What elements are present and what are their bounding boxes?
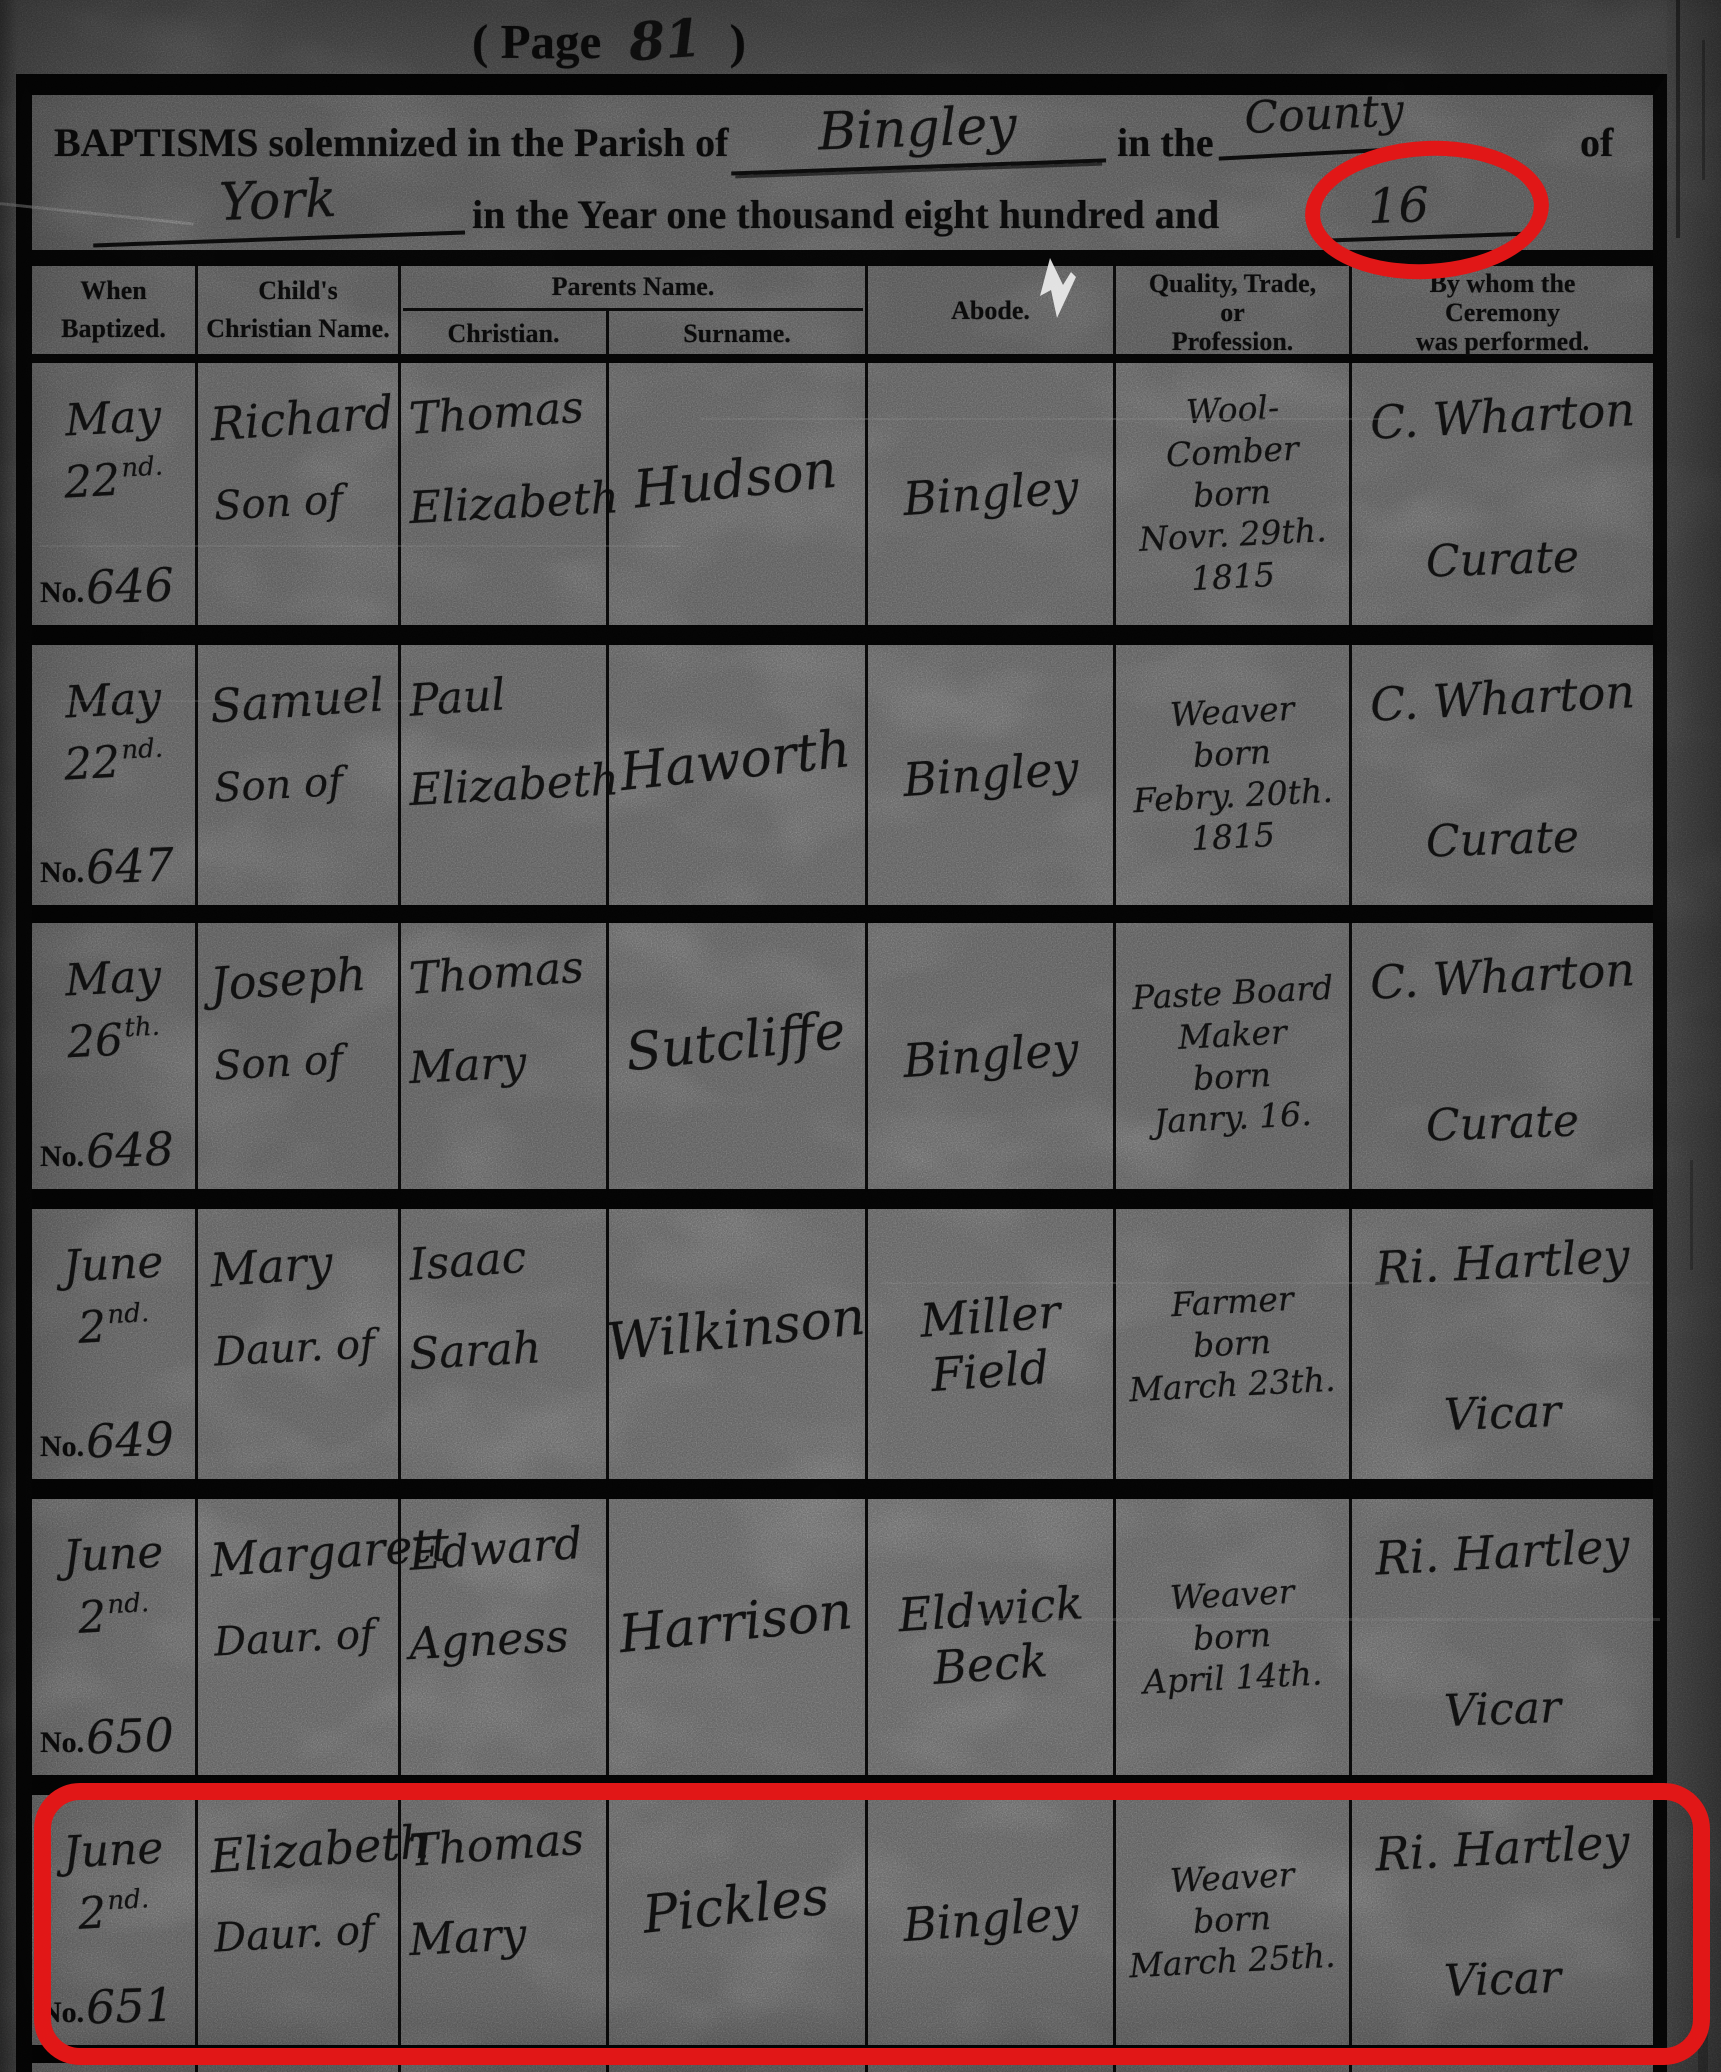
baptism-month: May xyxy=(64,391,163,447)
mother-name: Mary xyxy=(408,1905,607,1966)
when-baptized-cell: May 26th. No.648 xyxy=(32,923,195,1189)
baptism-record-row: June 2nd. No.650 Margarett Daur. of Edwa… xyxy=(32,1499,1653,1795)
child-name-cell: Elizabeth Daur. of xyxy=(195,1795,398,2045)
baptism-record-row: May 22nd. No.646 Richard Son of Thomas E… xyxy=(32,363,1653,645)
page-right-margin xyxy=(1667,0,1721,2072)
occupation-cell: Weaver born April 14th. xyxy=(1113,1499,1349,1775)
when-baptized-cell: May 22nd. No.647 xyxy=(32,645,195,905)
child-christian-name: Mary xyxy=(208,1231,397,1298)
record-number: No.649 xyxy=(40,1413,174,1467)
abode-line1: Bingley xyxy=(901,460,1080,527)
father-name: Thomas xyxy=(407,1812,607,1877)
officiant-name: Ri. Hartley xyxy=(1374,1518,1631,1585)
child-christian-name: Margarett xyxy=(208,1521,397,1588)
father-name: Paul xyxy=(407,662,607,727)
record-number: No.647 xyxy=(40,839,174,893)
officiant-cell: C. Wharton Curate xyxy=(1349,923,1653,1189)
child-relation: Daur. of xyxy=(209,1610,397,1666)
family-surname: Haworth xyxy=(617,719,853,803)
abode-cell: Bingley xyxy=(865,645,1113,905)
baptism-record-row: June 2nd. No.649 Mary Daur. of Isaac Sar… xyxy=(32,1209,1653,1499)
officiant-name: C. Wharton xyxy=(1369,664,1636,732)
surname-cell: Harrison xyxy=(606,1499,865,1775)
abode-cell: Miller Field xyxy=(865,1209,1113,1479)
child-relation: Son of xyxy=(209,474,397,530)
register-title-line1: BAPTISMS solemnized in the Parish of xyxy=(54,119,728,166)
child-relation: Daur. of xyxy=(209,1906,397,1962)
child-christian-name: Elizabeth xyxy=(208,1817,397,1884)
abode-cell: Bingley xyxy=(865,923,1113,1189)
scan-artifact-line xyxy=(1690,1160,1693,1270)
baptism-month: May xyxy=(64,673,163,729)
column-header-row: When Baptized. Child's Christian Name. P… xyxy=(32,266,1653,363)
register-title-of: of xyxy=(1580,119,1613,166)
officiant-title: Vicar xyxy=(1443,1682,1562,1737)
baptism-day: 22nd. xyxy=(62,733,164,790)
family-surname: Wilkinson xyxy=(604,1287,868,1374)
header-childs-name: Child's Christian Name. xyxy=(195,266,398,355)
surname-cell: Wilkinson xyxy=(606,1209,865,1479)
father-name: Isaac xyxy=(407,1226,607,1291)
occupation-cell: Wool- Comber born Novr. 29th. 1815 xyxy=(1113,363,1349,625)
abode-line1: Bingley xyxy=(901,1886,1080,1953)
parish-name: Bingley xyxy=(729,92,1106,175)
header-parents-surname: Surname. xyxy=(606,311,865,355)
child-christian-name: Samuel xyxy=(208,667,397,734)
register-title-line2: in the Year one thousand eight hundred a… xyxy=(472,191,1219,238)
record-number: No.650 xyxy=(40,1709,174,1763)
baptism-day: 2nd. xyxy=(76,1298,150,1354)
father-name: Edward xyxy=(407,1516,607,1581)
header-parents-name: Parents Name. Christian. Surname. xyxy=(398,266,865,355)
officiant-name: Ri. Hartley xyxy=(1374,1814,1631,1881)
page-label-close: ) xyxy=(730,13,746,70)
baptism-record-row: May 26th. No.648 Joseph Son of Thomas Ma… xyxy=(32,923,1653,1209)
child-name-cell: Samuel Son of xyxy=(195,645,398,905)
header-officiant: By whom the Ceremony was performed. xyxy=(1349,266,1653,355)
county-word: County xyxy=(1215,83,1433,160)
baptism-month: June xyxy=(62,1526,165,1582)
register-title-inthe: in the xyxy=(1117,119,1214,166)
header-quality-trade: Quality, Trade, or Profession. xyxy=(1113,266,1349,355)
mother-name: Sarah xyxy=(408,1319,607,1380)
parents-christian-cell: Thomas Elizabeth xyxy=(398,363,606,625)
baptism-month: June xyxy=(62,1236,165,1292)
family-surname: Sutcliffe xyxy=(623,1001,848,1084)
baptism-month: May xyxy=(64,951,163,1007)
abode-line2: Field xyxy=(930,1340,1052,1403)
father-name: Thomas xyxy=(407,380,607,445)
when-baptized-cell: June 2nd. No.650 xyxy=(32,1499,195,1775)
partial-next-row xyxy=(32,2063,1653,2072)
officiant-cell: Ri. Hartley Vicar xyxy=(1349,1499,1653,1775)
abode-cell: Eldwick Beck xyxy=(865,1499,1113,1775)
page-label-open: ( Page xyxy=(472,13,601,70)
child-christian-name: Joseph xyxy=(208,945,397,1012)
when-baptized-cell: May 22nd. No.646 xyxy=(32,363,195,625)
officiant-cell: C. Wharton Curate xyxy=(1349,363,1653,625)
baptism-day: 2nd. xyxy=(76,1884,150,1940)
officiant-title: Curate xyxy=(1425,531,1580,587)
scan-artifact-line xyxy=(1698,1840,1708,2072)
child-christian-name: Richard xyxy=(208,385,397,452)
register-year: 16 xyxy=(1323,173,1537,242)
baptism-day: 26th. xyxy=(65,1012,161,1069)
occupation-cell: Paste Board Maker born Janry. 16. xyxy=(1113,923,1349,1189)
parents-christian-cell: Edward Agness xyxy=(398,1499,606,1775)
baptism-record-row: May 22nd. No.647 Samuel Son of Paul Eliz… xyxy=(32,645,1653,923)
page-number-heading: ( Page 81 ) xyxy=(472,10,746,71)
abode-line2: Beck xyxy=(931,1633,1049,1696)
occupation-cell: Weaver born March 25th. xyxy=(1113,1795,1349,2045)
abode-line1: Bingley xyxy=(901,741,1080,808)
surname-cell: Haworth xyxy=(606,645,865,905)
parents-christian-cell: Isaac Sarah xyxy=(398,1209,606,1479)
officiant-title: Vicar xyxy=(1443,1952,1562,2007)
officiant-title: Vicar xyxy=(1443,1386,1562,1441)
mother-name: Agness xyxy=(408,1609,607,1670)
header-parents-christian: Christian. xyxy=(401,311,606,355)
child-name-cell: Richard Son of xyxy=(195,363,398,625)
child-relation: Son of xyxy=(209,1034,397,1090)
baptism-day: 22nd. xyxy=(62,451,164,508)
occupation-cell: Farmer born March 23th. xyxy=(1113,1209,1349,1479)
officiant-cell: C. Wharton Curate xyxy=(1349,645,1653,905)
mother-name: Mary xyxy=(408,1033,607,1094)
surname-cell: Sutcliffe xyxy=(606,923,865,1189)
abode-cell: Bingley xyxy=(865,363,1113,625)
record-number: No.651 xyxy=(40,1979,174,2033)
family-surname: Pickles xyxy=(640,1867,832,1946)
mother-name: Elizabeth xyxy=(408,755,607,816)
surname-cell: Pickles xyxy=(606,1795,865,2045)
officiant-cell: Ri. Hartley Vicar xyxy=(1349,1795,1653,2045)
baptism-record-row-highlighted: June 2nd. No.651 Elizabeth Daur. of Thom… xyxy=(32,1795,1653,2063)
surname-cell: Hudson xyxy=(606,363,865,625)
family-surname: Hudson xyxy=(631,440,840,521)
county-name: York xyxy=(91,165,465,248)
occupation-cell: Weaver born Febry. 20th. 1815 xyxy=(1113,645,1349,905)
when-baptized-cell: June 2nd. No.649 xyxy=(32,1209,195,1479)
abode-line1: Miller xyxy=(919,1284,1063,1349)
header-when-baptized: When Baptized. xyxy=(32,266,195,355)
child-relation: Daur. of xyxy=(209,1320,397,1376)
child-relation: Son of xyxy=(209,756,397,812)
baptism-month: June xyxy=(62,1822,165,1878)
header-abode: Abode. xyxy=(865,266,1113,355)
scan-artifact-line xyxy=(1676,0,1680,238)
child-name-cell: Joseph Son of xyxy=(195,923,398,1189)
scan-artifact-line xyxy=(1702,40,1705,180)
family-surname: Harrison xyxy=(616,1581,855,1665)
abode-line1: Bingley xyxy=(901,1022,1080,1089)
abode-line1: Eldwick xyxy=(896,1575,1085,1643)
officiant-name: Ri. Hartley xyxy=(1374,1228,1631,1295)
register-title-block: BAPTISMS solemnized in the Parish of Bin… xyxy=(32,95,1653,266)
parents-christian-cell: Thomas Mary xyxy=(398,923,606,1189)
page-number: 81 xyxy=(627,8,703,74)
record-number: No.648 xyxy=(40,1123,174,1177)
baptism-register-table: BAPTISMS solemnized in the Parish of Bin… xyxy=(16,74,1667,2072)
officiant-name: C. Wharton xyxy=(1369,942,1636,1010)
abode-cell: Bingley xyxy=(865,1795,1113,2045)
parents-christian-cell: Paul Elizabeth xyxy=(398,645,606,905)
parents-christian-cell: Thomas Mary xyxy=(398,1795,606,2045)
officiant-cell: Ri. Hartley Vicar xyxy=(1349,1209,1653,1479)
mother-name: Elizabeth xyxy=(408,473,607,534)
when-baptized-cell: June 2nd. No.651 xyxy=(32,1795,195,2045)
officiant-title: Curate xyxy=(1425,811,1580,867)
father-name: Thomas xyxy=(407,940,607,1005)
baptism-day: 2nd. xyxy=(76,1588,150,1644)
child-name-cell: Mary Daur. of xyxy=(195,1209,398,1479)
child-name-cell: Margarett Daur. of xyxy=(195,1499,398,1775)
record-number: No.646 xyxy=(40,559,174,613)
officiant-name: C. Wharton xyxy=(1369,382,1636,450)
officiant-title: Curate xyxy=(1425,1095,1580,1151)
